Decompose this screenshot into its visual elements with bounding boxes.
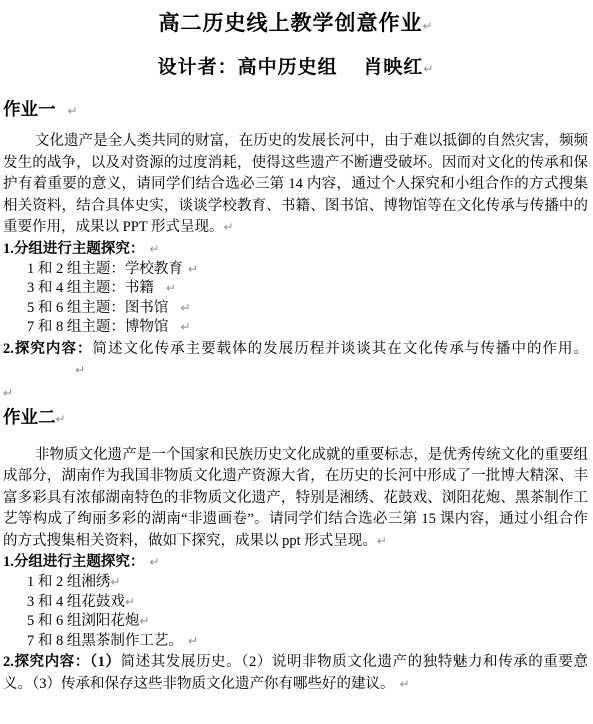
group-item: 5 和 6 组主题：图书馆↵	[3, 299, 588, 319]
paragraph-mark-icon: ↵	[377, 534, 387, 548]
assignment2-intro-text: 非物质文化遗产是一个国家和民族历史文化成就的重要标志，是优秀传统文化的重要组成部…	[3, 447, 588, 549]
paragraph-mark-icon: ↵	[180, 320, 190, 334]
doc-subtitle-text: 设计者：高中历史组 肖映红	[158, 57, 424, 78]
assignment1-list-heading-text: 1.分组进行主题探究：	[3, 241, 144, 257]
assignment2-list-heading: 1.分组进行主题探究：↵	[3, 552, 588, 573]
paragraph-mark-icon: ↵	[3, 386, 13, 400]
group-item: 5 和 6 组浏阳花炮↵	[3, 612, 588, 632]
group-item-text: 7 和 8 组主题：博物馆	[27, 319, 168, 335]
group-item: 3 和 4 组主题：书籍↵	[3, 279, 588, 299]
group-item: 1 和 2 组湘绣↵	[3, 573, 588, 593]
paragraph-mark-icon: ↵	[180, 301, 190, 315]
assignment2-group-list: 1 和 2 组湘绣↵ 3 和 4 组花鼓戏↵ 5 和 6 组浏阳花炮↵ 7 和 …	[3, 573, 588, 651]
paragraph-mark-icon: ↵	[75, 363, 85, 377]
paragraph-mark-icon: ↵	[68, 104, 78, 118]
doc-title-text: 高二历史线上教学创意作业	[158, 11, 422, 35]
empty-paragraph: ↵	[3, 382, 588, 404]
assignment2-content-paragraph: 2.探究内容：（1）简述其发展历史。（2）说明非物质文化遗产的独特魅力和传承的重…	[3, 652, 588, 695]
group-item: 1 和 2 组主题：学校教育↵	[3, 260, 588, 280]
group-item-text: 1 和 2 组主题：学校教育	[27, 261, 183, 277]
assignment2-heading: 作业二↵	[3, 406, 588, 430]
paragraph-mark-icon: ↵	[166, 281, 176, 295]
paragraph-mark-icon: ↵	[422, 19, 432, 33]
paragraph-mark-icon: ↵	[188, 262, 198, 276]
paragraph-mark-icon: ↵	[125, 595, 135, 609]
group-item-text: 5 和 6 组主题：图书馆	[27, 300, 168, 316]
assignment1-heading: 作业一↵	[3, 98, 588, 122]
assignment1-content-text: 简述文化传承主要载体的发展历程并谈谈其在文化传承与传播中的作用。	[92, 341, 588, 357]
assignment1-group-list: 1 和 2 组主题：学校教育↵ 3 和 4 组主题：书籍↵ 5 和 6 组主题：…	[3, 260, 588, 338]
paragraph-mark-icon: ↵	[149, 242, 159, 256]
document-page: 高二历史线上教学创意作业↵ 设计者：高中历史组 肖映红↵ 作业一↵ 文化遗产是全…	[0, 0, 593, 724]
paragraph-mark-icon: ↵	[423, 62, 433, 76]
assignment1-content-paragraph: 2.探究内容：简述文化传承主要载体的发展历程并谈谈其在文化传承与传播中的作用。↵	[3, 339, 588, 382]
group-item-text: 1 和 2 组湘绣	[27, 574, 110, 590]
assignment1-list-heading: 1.分组进行主题探究：↵	[3, 239, 588, 260]
group-item-text: 7 和 8 组黑茶制作工艺。	[27, 633, 183, 649]
group-item: 7 和 8 组黑茶制作工艺。↵	[3, 632, 588, 652]
paragraph-mark-icon: ↵	[223, 220, 233, 234]
assignment1-intro-text: 文化遗产是全人类共同的财富，在历史的发展长河中，由于难以抵御的自然灾害，频频发生…	[3, 133, 588, 235]
paragraph-mark-icon: ↵	[149, 555, 159, 569]
paragraph-mark-icon: ↵	[56, 412, 66, 426]
assignment2-list-heading-text: 1.分组进行主题探究：	[3, 554, 144, 570]
doc-title: 高二历史线上教学创意作业↵	[3, 10, 588, 39]
doc-subtitle: 设计者：高中历史组 肖映红↵	[3, 56, 588, 81]
paragraph-mark-icon: ↵	[110, 575, 120, 589]
assignment1-intro-paragraph: 文化遗产是全人类共同的财富，在历史的发展长河中，由于难以抵御的自然灾害，频频发生…	[3, 131, 588, 239]
group-item: 3 和 4 组花鼓戏↵	[3, 593, 588, 613]
group-item-text: 3 和 4 组花鼓戏	[27, 594, 125, 610]
assignment2-intro-paragraph: 非物质文化遗产是一个国家和民族历史文化成就的重要标志，是优秀传统文化的重要组成部…	[3, 445, 588, 553]
paragraph-mark-icon: ↵	[400, 677, 410, 691]
assignment2-content-label: 2.探究内容：（1）	[3, 654, 121, 670]
paragraph-mark-icon: ↵	[188, 634, 198, 648]
assignment1-content-label: 2.探究内容：	[3, 341, 92, 357]
group-item-text: 5 和 6 组浏阳花炮	[27, 613, 139, 629]
assignment1-heading-text: 作业一	[3, 99, 56, 119]
paragraph-mark-icon: ↵	[139, 614, 149, 628]
group-item: 7 和 8 组主题：博物馆↵	[3, 318, 588, 338]
group-item-text: 3 和 4 组主题：书籍	[27, 280, 154, 296]
assignment2-heading-text: 作业二	[3, 407, 56, 427]
